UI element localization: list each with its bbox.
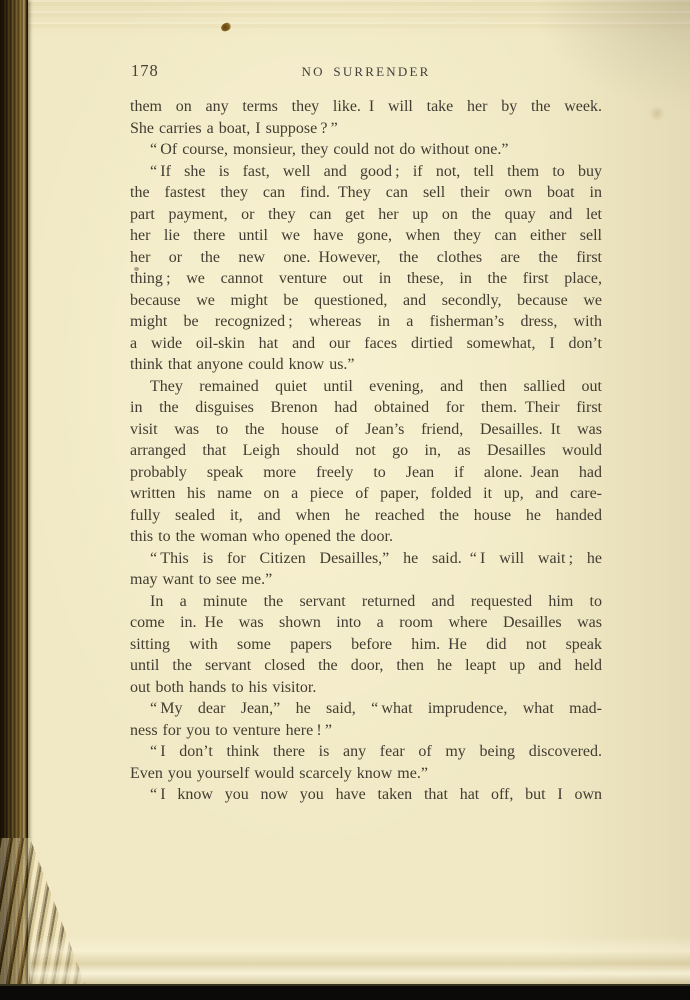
- text-line: may want to see me.”: [130, 569, 602, 591]
- text-line: arranged that Leigh should not go in, as…: [130, 440, 602, 462]
- text-line: visit was to the house of Jean’s friend,…: [130, 419, 602, 441]
- text-line: because we might be questioned, and seco…: [130, 290, 602, 312]
- text-line: ness for you to venture here ! ”: [130, 720, 602, 742]
- text-line: “ If she is fast, well and good ; if not…: [130, 161, 602, 183]
- book-page-scan: 178 NO SURRENDER them on any terms they …: [0, 0, 690, 1000]
- page-body: them on any terms they like. I will take…: [130, 96, 602, 806]
- text-line: written his name on a piece of paper, fo…: [130, 483, 602, 505]
- text-line: come in. He was shown into a room where …: [130, 612, 602, 634]
- text-line: fully sealed it, and when he reached the…: [130, 505, 602, 527]
- text-line: until the servant closed the door, then …: [130, 655, 602, 677]
- text-line: “ This is for Citizen Desailles,” he sai…: [130, 548, 602, 570]
- text-line: thing ; we cannot venture out in these, …: [130, 268, 602, 290]
- text-line: Even you yourself would scarcely know me…: [130, 763, 602, 785]
- page-header: 178 NO SURRENDER: [130, 61, 602, 81]
- text-line: out both hands to his visitor.: [130, 677, 602, 699]
- text-line: a wide oil-skin hat and our faces dirtie…: [130, 333, 602, 355]
- text-line: in the disguises Brenon had obtained for…: [130, 397, 602, 419]
- text-line: She carries a boat, I suppose ? ”: [130, 118, 602, 140]
- page-number: 178: [131, 61, 159, 81]
- text-line: “ I don’t think there is any fear of my …: [130, 741, 602, 763]
- text-line: them on any terms they like. I will take…: [130, 96, 602, 118]
- text-line: think that anyone could know us.”: [130, 354, 602, 376]
- text-line: the fastest they can find. They can sell…: [130, 182, 602, 204]
- running-header: NO SURRENDER: [302, 61, 431, 82]
- text-line: They remained quiet until evening, and t…: [130, 376, 602, 398]
- text-line: might be recognized ; whereas in a fishe…: [130, 311, 602, 333]
- text-line: her lie there until we have gone, when t…: [130, 225, 602, 247]
- text-line: this to the woman who opened the door.: [130, 526, 602, 548]
- text-line: sitting with some papers before him. He …: [130, 634, 602, 656]
- text-line: part payment, or they can get her up on …: [130, 204, 602, 226]
- scan-background-strip: [0, 984, 690, 1000]
- bottom-page-edges: [30, 936, 690, 986]
- text-line: “ My dear Jean,” he said, “ what imprude…: [130, 698, 602, 720]
- text-line: “ Of course, monsieur, they could not do…: [130, 139, 602, 161]
- text-line: probably speak more freely to Jean if al…: [130, 462, 602, 484]
- text-line: In a minute the servant returned and req…: [130, 591, 602, 613]
- text-line: her or the new one. However, the clothes…: [130, 247, 602, 269]
- paper-smudge: [648, 106, 666, 121]
- text-line: “ I know you now you have taken that hat…: [130, 784, 602, 806]
